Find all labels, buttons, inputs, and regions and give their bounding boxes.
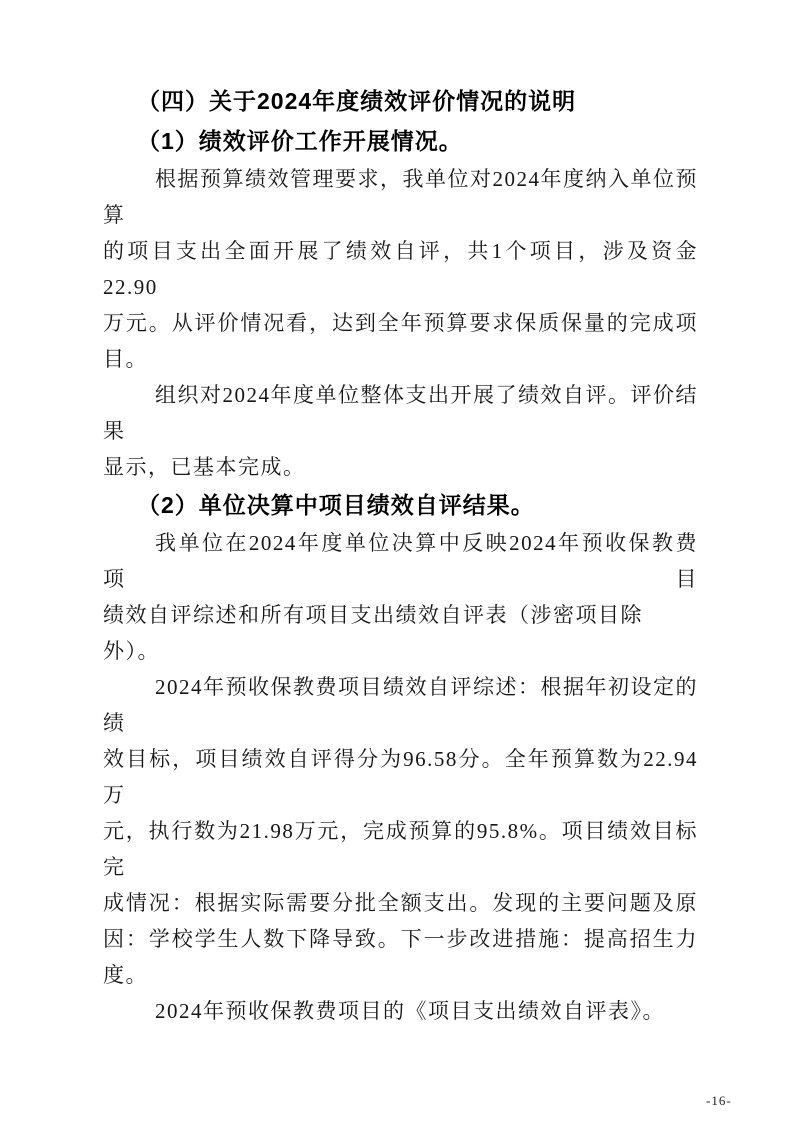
paragraph-line: 绩效自评综述和所有项目支出绩效自评表（涉密项目除外）。 xyxy=(103,597,698,669)
paragraph-line: 目。 xyxy=(103,341,698,377)
sub2-paragraph-2: 2024年预收保教费项目绩效自评综述：根据年初设定的绩 效目标，项目绩效自评得分… xyxy=(103,669,698,993)
paragraph-line: 效目标，项目绩效自评得分为96.58分。全年预算数为22.94万 xyxy=(103,741,698,813)
paragraph-line: 成情况：根据实际需要分批全额支出。发现的主要问题及原 xyxy=(103,885,698,921)
subsection-1-heading: （1）绩效评价工作开展情况。 xyxy=(103,121,698,161)
paragraph-line: 根据预算绩效管理要求，我单位对2024年度纳入单位预算 xyxy=(103,161,698,233)
paragraph-line: 因：学校学生人数下降导致。下一步改进措施：提高招生力 xyxy=(103,921,698,957)
sub2-paragraph-3: 2024年预收保教费项目的《项目支出绩效自评表》。 xyxy=(103,993,698,1029)
document-body: （四）关于2024年度绩效评价情况的说明 （1）绩效评价工作开展情况。 根据预算… xyxy=(103,81,698,1029)
subsection-2-heading: （2）单位决算中项目绩效自评结果。 xyxy=(103,485,698,525)
paragraph-line: 度。 xyxy=(103,957,698,993)
sub2-paragraph-1: 我单位在2024年度单位决算中反映2024年预收保教费项目 绩效自评综述和所有项… xyxy=(103,525,698,669)
paragraph-line: 2024年预收保教费项目的《项目支出绩效自评表》。 xyxy=(103,993,698,1029)
paragraph-line: 的项目支出全面开展了绩效自评，共1个项目，涉及资金22.90 xyxy=(103,233,698,305)
paragraph-line: 2024年预收保教费项目绩效自评综述：根据年初设定的绩 xyxy=(103,669,698,741)
paragraph-line: 元，执行数为21.98万元，完成预算的95.8%。项目绩效目标完 xyxy=(103,813,698,885)
sub1-paragraph-2: 组织对2024年度单位整体支出开展了绩效自评。评价结果 显示，已基本完成。 xyxy=(103,377,698,485)
section-4-heading: （四）关于2024年度绩效评价情况的说明 xyxy=(103,81,698,121)
document-page: （四）关于2024年度绩效评价情况的说明 （1）绩效评价工作开展情况。 根据预算… xyxy=(0,0,793,1122)
paragraph-line: 万元。从评价情况看，达到全年预算要求保质保量的完成项 xyxy=(103,305,698,341)
paragraph-line: 显示，已基本完成。 xyxy=(103,449,698,485)
paragraph-line: 组织对2024年度单位整体支出开展了绩效自评。评价结果 xyxy=(103,377,698,449)
sub1-paragraph-1: 根据预算绩效管理要求，我单位对2024年度纳入单位预算 的项目支出全面开展了绩效… xyxy=(103,161,698,377)
paragraph-line: 我单位在2024年度单位决算中反映2024年预收保教费项目 xyxy=(103,525,698,597)
page-number: -16- xyxy=(706,1093,732,1109)
